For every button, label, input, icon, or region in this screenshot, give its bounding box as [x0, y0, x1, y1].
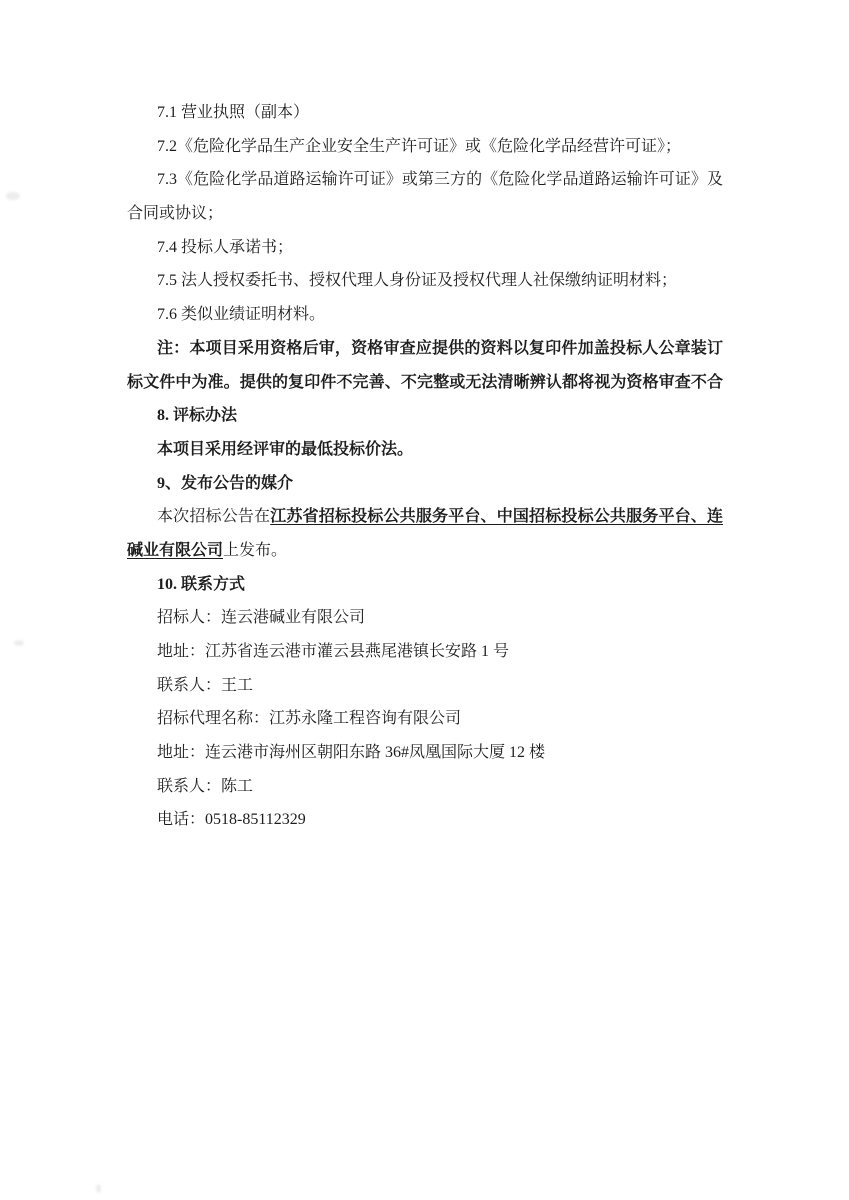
text-segment: 标文件中为准。提供的复印件不完善、不完整或无法清晰辨认都将视为资格审查不合格。: [127, 374, 723, 400]
underlined-text-segment: 碱业有限公司: [127, 542, 223, 559]
text-segment: 合同或协议；: [127, 205, 223, 222]
text-line: 7.4 投标人承诺书；: [127, 231, 723, 265]
text-line: 7.6 类似业绩证明材料。: [127, 298, 723, 332]
text-segment: 7.4 投标人承诺书；: [157, 239, 293, 256]
text-line: 本项目采用经评审的最低投标价法。: [127, 433, 723, 467]
text-line: 合同或协议；: [127, 197, 723, 231]
text-segment: 9、发布公告的媒介: [157, 475, 293, 492]
text-line: 地址：江苏省连云港市灌云县燕尾港镇长安路 1 号: [127, 635, 723, 669]
text-line: 招标代理名称：江苏永隆工程咨询有限公司: [127, 702, 723, 736]
text-segment: 8. 评标办法: [157, 407, 237, 424]
text-line: 本次招标公告在江苏省招标投标公共服务平台、中国招标投标公共服务平台、连云港: [127, 500, 723, 534]
text-line: 10. 联系方式: [127, 568, 723, 602]
document-page: 7.1 营业执照（副本）7.2《危险化学品生产企业安全生产许可证》或《危险化学品…: [127, 96, 723, 837]
text-line: 7.5 法人授权委托书、授权代理人身份证及授权代理人社保缴纳证明材料；: [127, 264, 723, 298]
scan-artifact: [14, 640, 24, 646]
text-segment: 注：本项目采用资格后审，资格审查应提供的资料以复印件加盖投标人公章装订在投: [127, 340, 723, 366]
text-segment: 联系人：陈工: [157, 778, 253, 795]
text-segment: 招标代理名称：江苏永隆工程咨询有限公司: [157, 710, 461, 727]
text-segment: 联系人：王工: [157, 677, 253, 694]
text-segment: 7.1 营业执照（副本）: [157, 104, 309, 121]
text-segment: 7.3《危险化学品道路运输许可证》或第三方的《危险化学品道路运输许可证》及委托: [127, 171, 723, 197]
text-segment: 本次招标公告在: [157, 508, 270, 525]
text-line: 碱业有限公司上发布。: [127, 534, 723, 568]
text-line: 注：本项目采用资格后审，资格审查应提供的资料以复印件加盖投标人公章装订在投: [127, 332, 723, 366]
text-line: 9、发布公告的媒介: [127, 467, 723, 501]
text-line: 联系人：王工: [127, 669, 723, 703]
text-line: 地址：连云港市海州区朝阳东路 36#凤凰国际大厦 12 楼: [127, 736, 723, 770]
text-segment: 上发布。: [223, 542, 287, 559]
text-line: 标文件中为准。提供的复印件不完善、不完整或无法清晰辨认都将视为资格审查不合格。: [127, 366, 723, 400]
text-segment: 10. 联系方式: [157, 576, 245, 593]
text-segment: 7.6 类似业绩证明材料。: [157, 306, 325, 323]
text-line: 8. 评标办法: [127, 399, 723, 433]
text-line: 7.3《危险化学品道路运输许可证》或第三方的《危险化学品道路运输许可证》及委托: [127, 163, 723, 197]
text-line: 7.1 营业执照（副本）: [127, 96, 723, 130]
scan-artifact: [96, 1184, 101, 1193]
text-line: 招标人：连云港碱业有限公司: [127, 601, 723, 635]
text-line: 联系人：陈工: [127, 770, 723, 804]
text-line: 电话：0518-85112329: [127, 803, 723, 837]
text-segment: 招标人：连云港碱业有限公司: [157, 609, 365, 626]
text-segment: 地址：江苏省连云港市灌云县燕尾港镇长安路 1 号: [157, 643, 509, 660]
text-segment: 电话：0518-85112329: [157, 811, 306, 828]
text-segment: 地址：连云港市海州区朝阳东路 36#凤凰国际大厦 12 楼: [157, 744, 545, 761]
text-line: 7.2《危险化学品生产企业安全生产许可证》或《危险化学品经营许可证》；: [127, 130, 723, 164]
text-segment: 7.2《危险化学品生产企业安全生产许可证》或《危险化学品经营许可证》；: [157, 138, 681, 155]
scan-artifact: [6, 192, 20, 200]
text-segment: 7.5 法人授权委托书、授权代理人身份证及授权代理人社保缴纳证明材料；: [157, 272, 677, 289]
text-segment: 本项目采用经评审的最低投标价法。: [157, 441, 413, 458]
